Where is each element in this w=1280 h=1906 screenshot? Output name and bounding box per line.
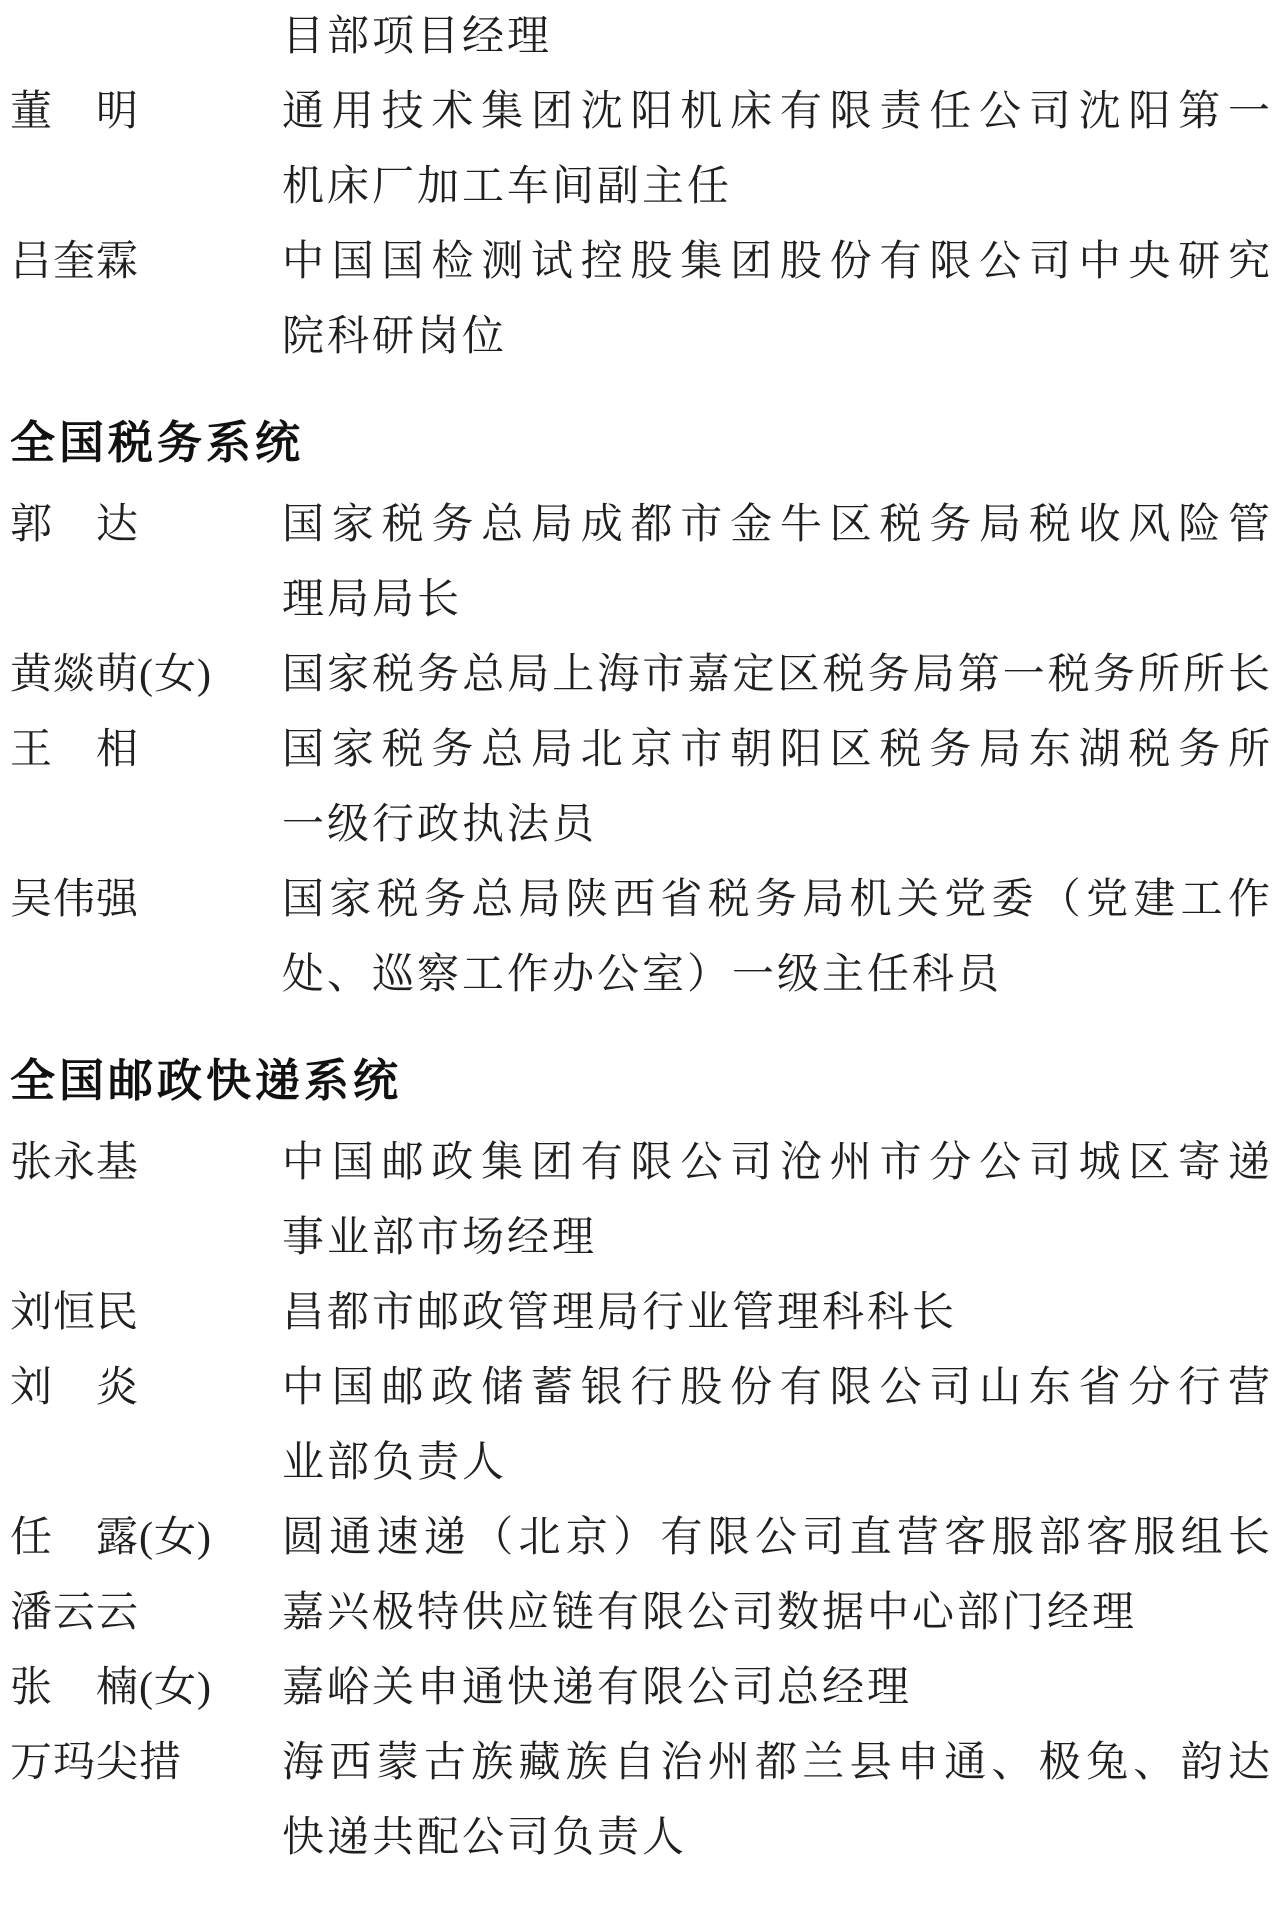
person-name: 万玛尖措 [10,1726,282,1801]
person-position: 中国邮政集团有限公司沧州市分公司城区寄递事业部市场经理 [282,1126,1270,1276]
position-line: 通用技术集团沈阳机床有限责任公司沈阳第一 [282,75,1270,150]
person-name: 黄燚萌(女) [10,638,282,713]
person-name: 郭 达 [10,488,282,563]
person-position: 通用技术集团沈阳机床有限责任公司沈阳第一机床厂加工车间副主任 [282,75,1270,225]
person-entry: 吕奎霖 中国国检测试控股集团股份有限公司中央研究院科研岗位 [10,225,1270,375]
person-position: 中国国检测试控股集团股份有限公司中央研究院科研岗位 [282,225,1270,375]
person-entry: 任 露(女) 圆通速递（北京）有限公司直营客服部客服组长 [10,1501,1270,1576]
person-name: 任 露(女) [10,1501,282,1576]
person-position: 嘉峪关申通快递有限公司总经理 [282,1651,1270,1726]
person-position: 中国邮政储蓄银行股份有限公司山东省分行营业部负责人 [282,1351,1270,1501]
position-line: 院科研岗位 [282,300,1270,375]
position-line: 目部项目经理 [282,0,1270,75]
person-name: 吕奎霖 [10,225,282,300]
position-line: 中国国检测试控股集团股份有限公司中央研究 [282,225,1270,300]
person-position: 昌都市邮政管理局行业管理科科长 [282,1276,1270,1351]
section-heading: 全国税务系统 [10,405,1270,480]
position-line: 中国邮政储蓄银行股份有限公司山东省分行营 [282,1351,1270,1426]
person-entry: 万玛尖措 海西蒙古族藏族自治州都兰县申通、极兔、韵达快递共配公司负责人 [10,1726,1270,1876]
document-page: 目部项目经理 董 明 通用技术集团沈阳机床有限责任公司沈阳第一机床厂加工车间副主… [0,0,1280,1876]
position-line: 处、巡察工作办公室）一级主任科员 [282,938,1270,1013]
person-entry: 刘恒民 昌都市邮政管理局行业管理科科长 [10,1276,1270,1351]
person-name: 董 明 [10,75,282,150]
position-line: 嘉兴极特供应链有限公司数据中心部门经理 [282,1576,1270,1651]
person-entry: 潘云云 嘉兴极特供应链有限公司数据中心部门经理 [10,1576,1270,1651]
person-entry: 黄燚萌(女) 国家税务总局上海市嘉定区税务局第一税务所所长 [10,638,1270,713]
position-line: 快递共配公司负责人 [282,1801,1270,1876]
person-position: 嘉兴极特供应链有限公司数据中心部门经理 [282,1576,1270,1651]
person-position: 圆通速递（北京）有限公司直营客服部客服组长 [282,1501,1270,1576]
position-line: 业部负责人 [282,1426,1270,1501]
position-line: 国家税务总局成都市金牛区税务局税收风险管 [282,488,1270,563]
position-line: 嘉峪关申通快递有限公司总经理 [282,1651,1270,1726]
person-position: 目部项目经理 [282,0,1270,75]
person-position: 国家税务总局北京市朝阳区税务局东湖税务所一级行政执法员 [282,713,1270,863]
person-name: 潘云云 [10,1576,282,1651]
position-line: 理局局长 [282,563,1270,638]
person-entry: 董 明 通用技术集团沈阳机床有限责任公司沈阳第一机床厂加工车间副主任 [10,75,1270,225]
person-name: 张 楠(女) [10,1651,282,1726]
person-name: 刘恒民 [10,1276,282,1351]
position-line: 事业部市场经理 [282,1201,1270,1276]
position-line: 国家税务总局北京市朝阳区税务局东湖税务所 [282,713,1270,788]
person-entry: 目部项目经理 [10,0,1270,75]
person-name: 张永基 [10,1126,282,1201]
position-line: 机床厂加工车间副主任 [282,150,1270,225]
person-entry: 王 相 国家税务总局北京市朝阳区税务局东湖税务所一级行政执法员 [10,713,1270,863]
position-line: 国家税务总局上海市嘉定区税务局第一税务所所长 [282,638,1270,713]
person-entry: 郭 达 国家税务总局成都市金牛区税务局税收风险管理局局长 [10,488,1270,638]
person-entry: 刘 炎 中国邮政储蓄银行股份有限公司山东省分行营业部负责人 [10,1351,1270,1501]
position-line: 海西蒙古族藏族自治州都兰县申通、极兔、韵达 [282,1726,1270,1801]
person-position: 海西蒙古族藏族自治州都兰县申通、极兔、韵达快递共配公司负责人 [282,1726,1270,1876]
position-line: 昌都市邮政管理局行业管理科科长 [282,1276,1270,1351]
person-name: 刘 炎 [10,1351,282,1426]
person-name: 王 相 [10,713,282,788]
person-position: 国家税务总局上海市嘉定区税务局第一税务所所长 [282,638,1270,713]
position-line: 国家税务总局陕西省税务局机关党委（党建工作 [282,863,1270,938]
position-line: 一级行政执法员 [282,788,1270,863]
section-heading: 全国邮政快递系统 [10,1043,1270,1118]
person-position: 国家税务总局陕西省税务局机关党委（党建工作处、巡察工作办公室）一级主任科员 [282,863,1270,1013]
person-entry: 张 楠(女) 嘉峪关申通快递有限公司总经理 [10,1651,1270,1726]
person-name: 吴伟强 [10,863,282,938]
person-entry: 张永基 中国邮政集团有限公司沧州市分公司城区寄递事业部市场经理 [10,1126,1270,1276]
person-position: 国家税务总局成都市金牛区税务局税收风险管理局局长 [282,488,1270,638]
position-line: 圆通速递（北京）有限公司直营客服部客服组长 [282,1501,1270,1576]
position-line: 中国邮政集团有限公司沧州市分公司城区寄递 [282,1126,1270,1201]
person-entry: 吴伟强 国家税务总局陕西省税务局机关党委（党建工作处、巡察工作办公室）一级主任科… [10,863,1270,1013]
